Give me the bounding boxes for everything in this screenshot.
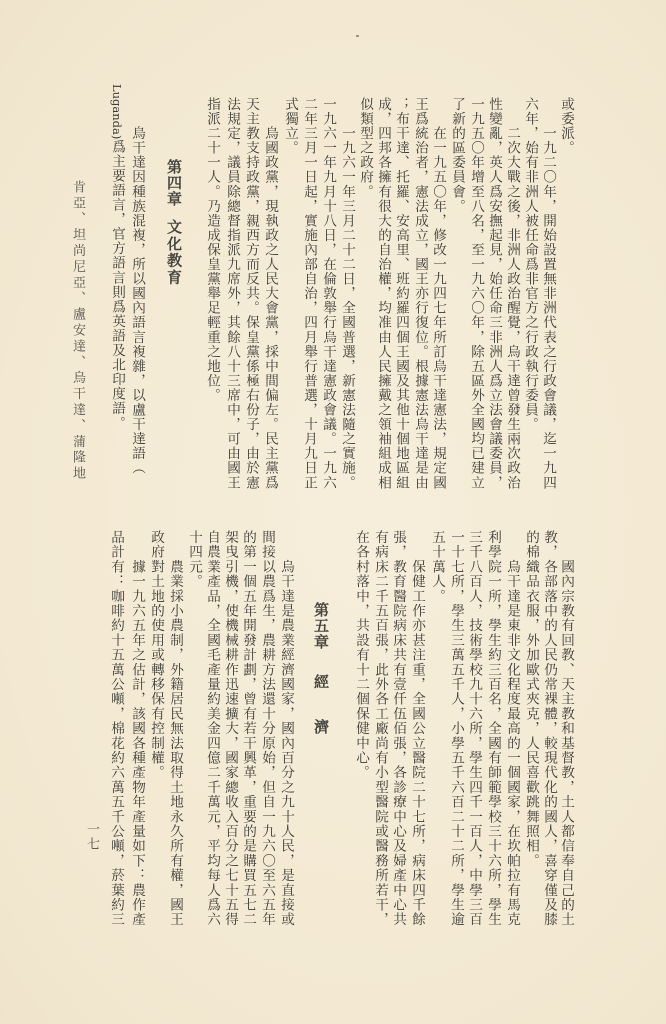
text-column: 自農業產品，全國毛產量約美金四億二千萬元，平均每人爲六 <box>205 530 219 927</box>
text-column: 三千八百人，技術學校九十六所，學生四千一百人，中學三百 <box>467 530 481 927</box>
text-column: 五十萬人。 <box>430 530 444 604</box>
text-column: 十四元。 <box>187 530 201 589</box>
text-column: 的棉織品衣服，外加歐式夾克，人民喜歡跳舞照相。 <box>524 530 538 868</box>
lower-text-block: 國內宗教有回教、天主教和基督教，土人都信奉自己的土 教，各部落中的人民仍常裸體，… <box>0 0 666 1024</box>
text-column: 教，各部落中的人民仍常裸體，較現代化的國人，喜穿僅及膝 <box>542 530 556 927</box>
text-column: 國內宗教有回教、天主教和基督教，土人都信奉自己的土 <box>559 530 573 927</box>
text-column: 農業採小農制，外籍居民無法取得土地永久所有權，國王 <box>168 530 182 927</box>
chapter-number: 第五章 <box>313 602 329 650</box>
text-column: 保健工作亦甚注重，全國公立醫院二十七所，病床四千餘 <box>410 530 424 927</box>
text-column: 間接以農爲生，農耕方法還十分原始，但自一九六〇至六五年 <box>260 530 274 927</box>
text-column: 利學院一所，學生約三百名，全國有師範學校三十六所，學生 <box>486 530 500 927</box>
text-column: 一十七所，學生三萬五千人，小學五千六百二十二所，學生逾 <box>449 530 463 927</box>
text-column: 有病床二千五百張，此外各工廠尚有小型醫院或醫務所若干， <box>373 530 387 927</box>
text-column: 品計有：咖啡約十五萬公噸，棉花約六萬五千公噸，菸葉約三 <box>109 530 123 927</box>
chapter-title: 經 濟 <box>313 674 329 742</box>
text-column: 據一九六五年之估計，該國各種產物年產量如下：農作產 <box>130 530 144 927</box>
text-column: 烏干達是農業經濟國家，國內百分之九十人民，是直接或 <box>279 530 293 927</box>
book-page: 或委派。 一九二〇年，開始設置無非洲代表之行政會議，迄一九四 六年，始有非洲人被… <box>0 0 666 1024</box>
text-column: 政府對土地的使用或轉移保有控制權。 <box>149 530 163 780</box>
page-number: 一七 <box>84 822 98 852</box>
text-column: 架曳引機，使機械耕作迅速擴大，國家總收入百分之七十五得 <box>223 530 237 927</box>
text-column: 張，教育醫院病床共有壹仟伍佰張，各診療中心及婦產中心共 <box>391 530 405 927</box>
text-column: 在各村落中，共設有十二個保健中心。 <box>354 530 368 780</box>
text-column: 烏干達是東非文化程度最高的一個國家，在坎帕拉有馬克 <box>505 530 519 927</box>
text-column: 的第一個五年開發計劃，曾有若干興革，重要的是購買五七二 <box>241 530 255 927</box>
